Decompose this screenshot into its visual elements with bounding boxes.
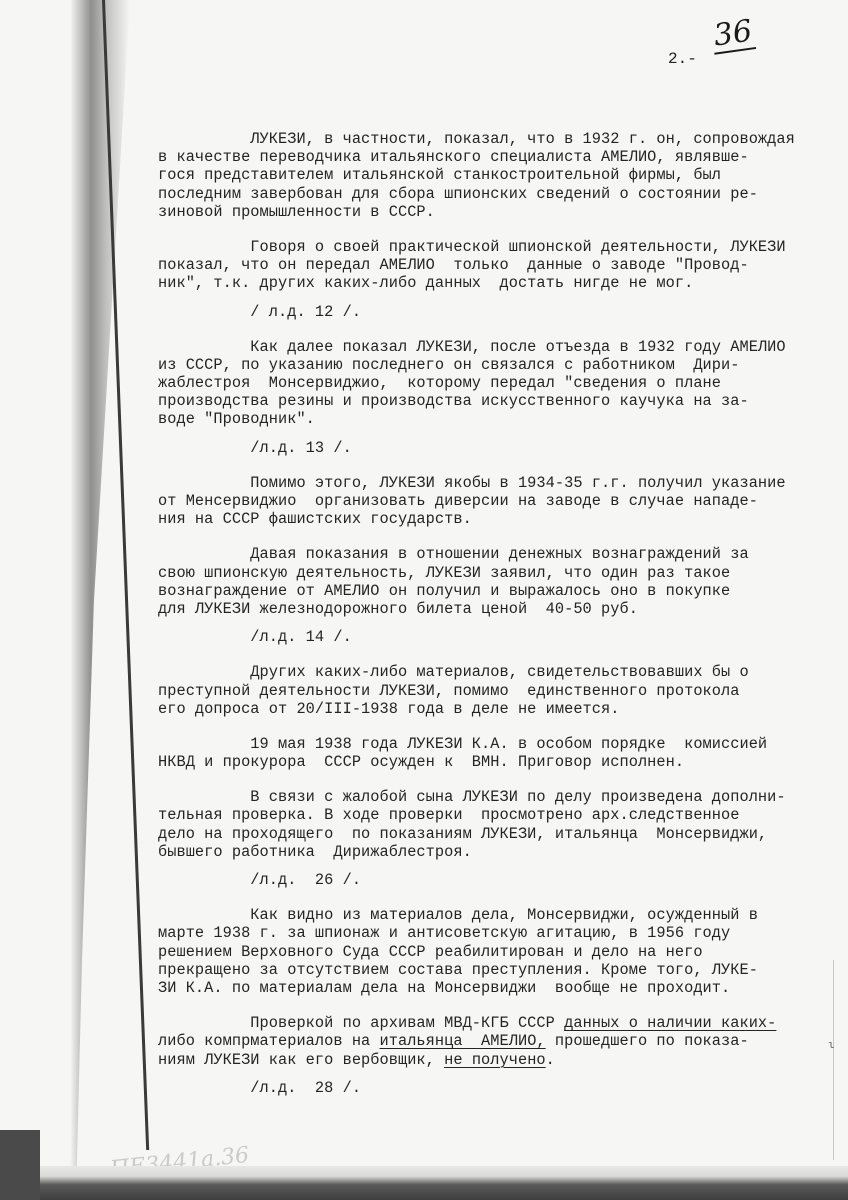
text-line: Говоря о своей практической шпионской де… bbox=[158, 238, 838, 256]
text-line: ЛУКЕЗИ, в частности, показал, что в 1932… bbox=[158, 130, 838, 148]
document-body: ЛУКЕЗИ, в частности, показал, что в 1932… bbox=[158, 130, 838, 1097]
paragraph: Давая показания в отношении денежных воз… bbox=[158, 545, 838, 646]
text-line: воде "Проводник". bbox=[158, 410, 838, 428]
text-line: его допроса от 20/III-1938 года в деле н… bbox=[158, 700, 838, 718]
binding-thread bbox=[102, 0, 149, 1150]
paragraph: Других каких-либо материалов, свидетельс… bbox=[158, 663, 838, 718]
text-line: в качестве переводчика итальянского спец… bbox=[158, 148, 838, 166]
page-folio: 2.- bbox=[668, 50, 697, 68]
text-line: либо компрматериалов на итальянца АМЕЛИО… bbox=[158, 1032, 838, 1050]
binding-shadow bbox=[70, 0, 130, 1200]
text-line: тельная проверка. В ходе проверки просмо… bbox=[158, 806, 838, 824]
text-line: показал, что он передал АМЕЛИО только да… bbox=[158, 256, 838, 274]
text-line: Как далее показал ЛУКЕЗИ, после отъезда … bbox=[158, 338, 838, 356]
text-line: ник", т.к. других каких-либо данных дост… bbox=[158, 274, 838, 292]
case-sheet-reference: / л.д. 12 /. bbox=[158, 303, 838, 321]
paragraph: Помимо этого, ЛУКЕЗИ якобы в 1934-35 г.г… bbox=[158, 474, 838, 529]
text-line: жаблестроя Монсервиджио, которому переда… bbox=[158, 374, 838, 392]
text-line: НКВД и прокурора СССР осужден к ВМН. При… bbox=[158, 753, 838, 771]
document-page: 2.- 36 ЛУКЕЗИ, в частности, показал, что… bbox=[0, 0, 848, 1200]
text-line: Других каких-либо материалов, свидетельс… bbox=[158, 663, 838, 681]
text-line: из СССР, по указанию последнего он связа… bbox=[158, 356, 838, 374]
case-sheet-reference: /л.д. 28 /. bbox=[158, 1079, 838, 1097]
margin-mark: ι bbox=[828, 1040, 835, 1052]
text-line: ниям ЛУКЕЗИ как его вербовщик, не получе… bbox=[158, 1051, 838, 1069]
text-line: преступной деятельности ЛУКЕЗИ, помимо е… bbox=[158, 682, 838, 700]
text-line: Давая показания в отношении денежных воз… bbox=[158, 545, 838, 563]
case-sheet-reference: /л.д. 14 /. bbox=[158, 628, 838, 646]
paragraph: В связи с жалобой сына ЛУКЕЗИ по делу пр… bbox=[158, 788, 838, 889]
paragraph: Как видно из материалов дела, Монсервидж… bbox=[158, 906, 838, 997]
text-line: последним завербован для сбора шпионских… bbox=[158, 185, 838, 203]
text-line: производства резины и производства искус… bbox=[158, 392, 838, 410]
paragraph: Проверкой по архивам МВД-КГБ СССР данных… bbox=[158, 1014, 838, 1097]
text-line: В связи с жалобой сына ЛУКЕЗИ по делу пр… bbox=[158, 788, 838, 806]
text-line: бывшего работника Дирижаблестроя. bbox=[158, 843, 838, 861]
binding-corner bbox=[0, 1130, 40, 1200]
text-line: для ЛУКЕЗИ железнодорожного билета ценой… bbox=[158, 600, 838, 618]
text-line: от Менсервиджио организовать диверсии на… bbox=[158, 492, 838, 510]
paragraph: 19 мая 1938 года ЛУКЕЗИ К.А. в особом по… bbox=[158, 735, 838, 771]
paragraph: Как далее показал ЛУКЕЗИ, после отъезда … bbox=[158, 338, 838, 457]
text-line: зиновой промышленности в СССР. bbox=[158, 203, 838, 221]
text-line: вознаграждение от АМЕЛИО он получил и вы… bbox=[158, 582, 838, 600]
text-line: свою шпионскую деятельность, ЛУКЕЗИ заяв… bbox=[158, 564, 838, 582]
text-line: ЗИ К.А. по материалам дела на Монсервидж… bbox=[158, 979, 838, 997]
text-line: марте 1938 г. за шпионаж и антисоветскую… bbox=[158, 924, 838, 942]
text-line: решением Верховного Суда СССР реабилитир… bbox=[158, 943, 838, 961]
text-line: дело на проходящего по показаниям ЛУКЕЗИ… bbox=[158, 825, 838, 843]
text-line: прекращено за отсутствием состава престу… bbox=[158, 961, 838, 979]
text-line: ния на СССР фашистских государств. bbox=[158, 510, 838, 528]
text-line: Проверкой по архивам МВД-КГБ СССР данных… bbox=[158, 1014, 838, 1032]
text-line: Помимо этого, ЛУКЕЗИ якобы в 1934-35 г.г… bbox=[158, 474, 838, 492]
text-line: гося представителем итальянской станкост… bbox=[158, 166, 838, 184]
paragraph: Говоря о своей практической шпионской де… bbox=[158, 238, 838, 321]
text-line: 19 мая 1938 года ЛУКЕЗИ К.А. в особом по… bbox=[158, 735, 838, 753]
paragraph: ЛУКЕЗИ, в частности, показал, что в 1932… bbox=[158, 130, 838, 221]
text-line: Как видно из материалов дела, Монсервидж… bbox=[158, 906, 838, 924]
case-sheet-reference: /л.д. 26 /. bbox=[158, 871, 838, 889]
case-sheet-reference: /л.д. 13 /. bbox=[158, 439, 838, 457]
page-bottom-edge bbox=[0, 1166, 848, 1200]
handwritten-sheet-number: 36 bbox=[710, 15, 757, 55]
